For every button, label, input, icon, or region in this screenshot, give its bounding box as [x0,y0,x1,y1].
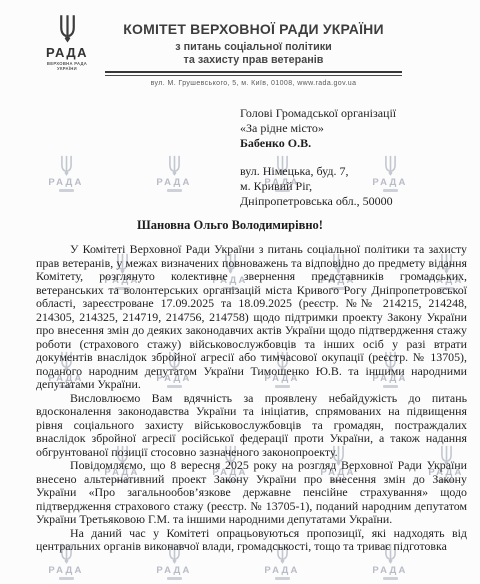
recipient-address-line3: Дніпропетровська обл., 50000 [240,194,396,209]
recipient-address-line2: м. Кривий Ріг, [240,179,396,194]
recipient-org-line2: «За рідне місто» [240,121,396,136]
recipient-org-line1: Голові Громадської організації [240,106,396,121]
committee-title: КОМІТЕТ ВЕРХОВНОЇ РАДИ УКРАЇНИ [105,22,402,37]
rada-logo: РАДА ВЕРХОВНА РАДА УКРАЇНИ [40,14,94,71]
committee-subtitle-1: з питань соціальної політики [105,41,402,54]
paragraph-4: На даний час у Комітеті опрацьовуються п… [36,527,467,554]
committee-subtitle-2: та захисту прав ветеранів [105,54,402,67]
header-divider [105,71,402,76]
scanned-letter-page: РАДАРАДАРАДАРАДАРАДАРАДАРАДАРАДАРАДАРАДА… [0,0,480,584]
paragraph-2: Висловлюємо Вам вдячність за проявлену н… [36,392,467,460]
paragraph-3: Повідомляємо, що 8 вересня 2025 року на … [36,459,467,527]
logo-subtext: ВЕРХОВНА РАДА УКРАЇНИ [40,61,94,71]
trident-icon [57,14,78,44]
letterhead: КОМІТЕТ ВЕРХОВНОЇ РАДИ УКРАЇНИ з питань … [105,22,402,87]
letter-content: РАДА ВЕРХОВНА РАДА УКРАЇНИ КОМІТЕТ ВЕРХО… [0,0,480,584]
recipient-address: вул. Німецька, буд. 7, м. Кривий Ріг, Дн… [240,164,396,210]
recipient-address-line1: вул. Німецька, буд. 7, [240,164,396,179]
logo-subtext-line2: УКРАЇНИ [40,66,94,71]
paragraph-1: У Комітеті Верховної Ради України з пита… [36,243,467,392]
logo-rada-text: РАДА [40,45,94,60]
salutation: Шановна Ольго Володимирівно! [35,218,425,233]
recipient-name: Бабенко О.В. [240,136,396,151]
letter-body: У Комітеті Верховної Ради України з пита… [36,243,467,554]
recipient-block: Голові Громадської організації «За рідне… [240,106,396,209]
committee-address: вул. М. Грушевського, 5, м. Київ, 01008,… [105,80,402,87]
